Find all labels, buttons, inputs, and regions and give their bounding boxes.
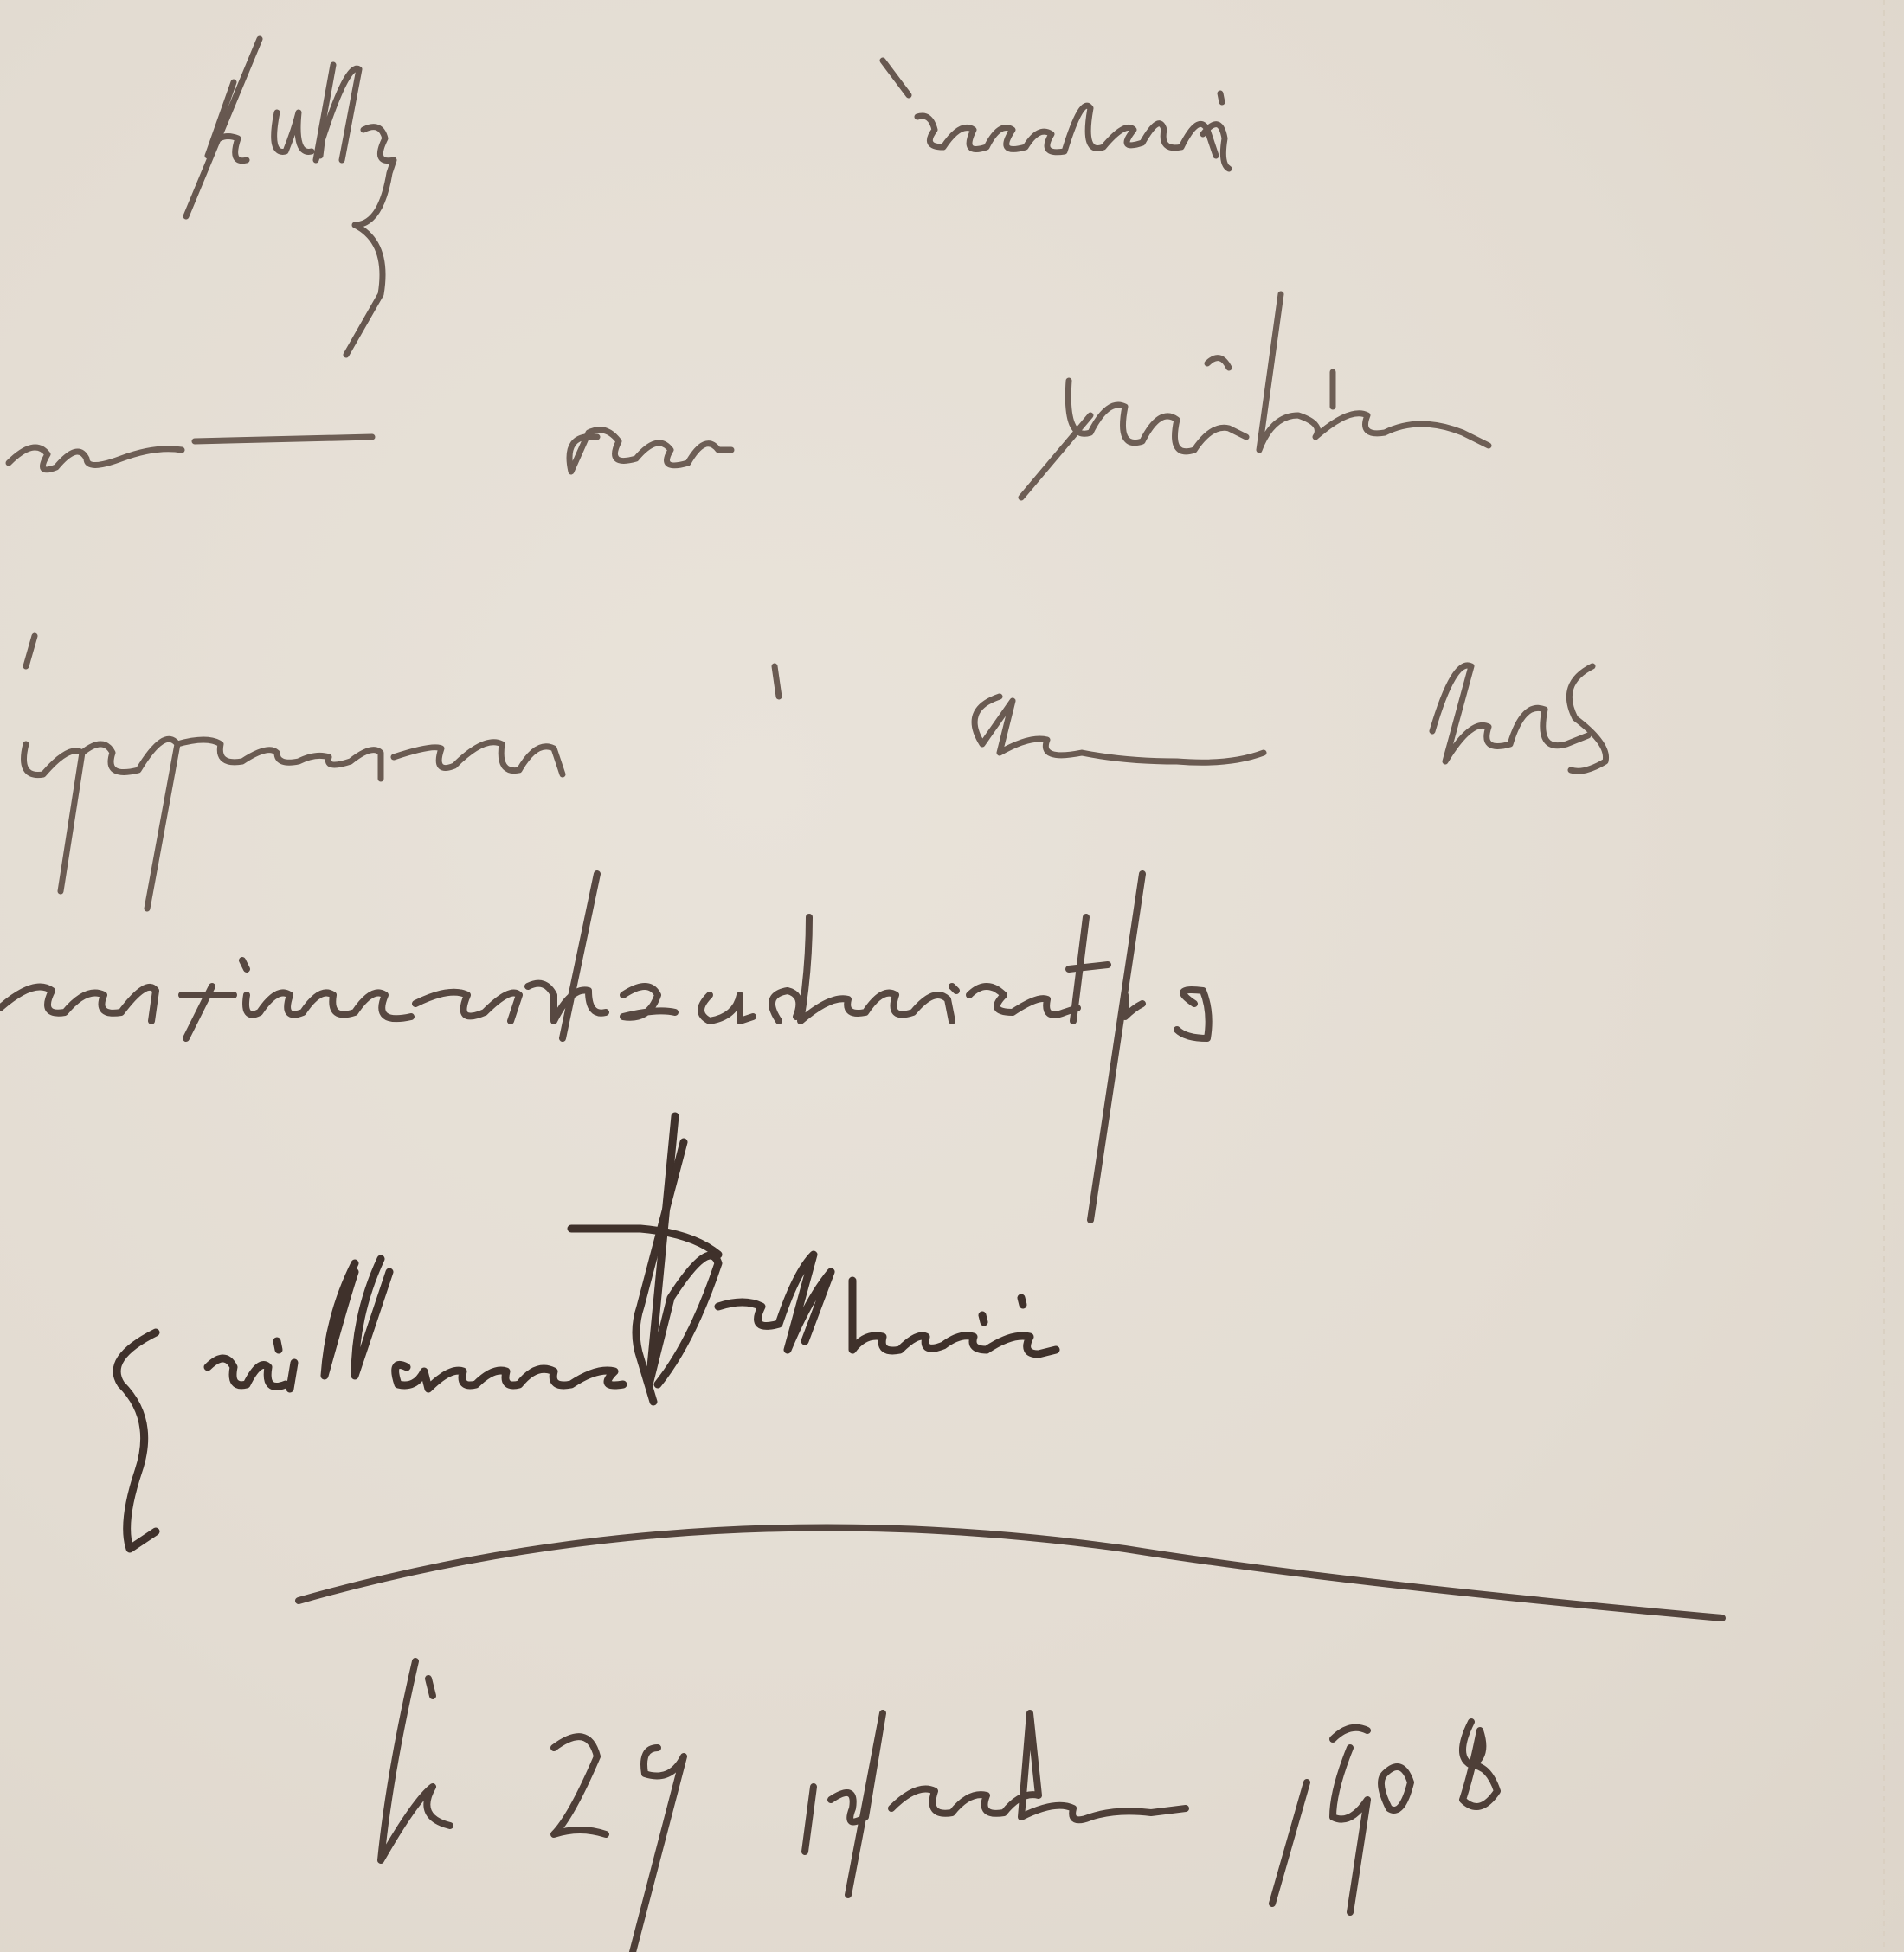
stroke-signature: [117, 1116, 1722, 1618]
stroke-line-4: [0, 874, 1209, 1220]
stroke-line-2: [9, 294, 1489, 498]
stroke-line-1: [186, 39, 1229, 355]
stroke-date: [381, 1661, 1497, 1952]
handwriting-strokes: [0, 0, 1904, 1952]
stroke-line-3: [24, 636, 1606, 909]
letter-page: Veuillez recevoir mon cher maître l'expr…: [0, 0, 1904, 1952]
